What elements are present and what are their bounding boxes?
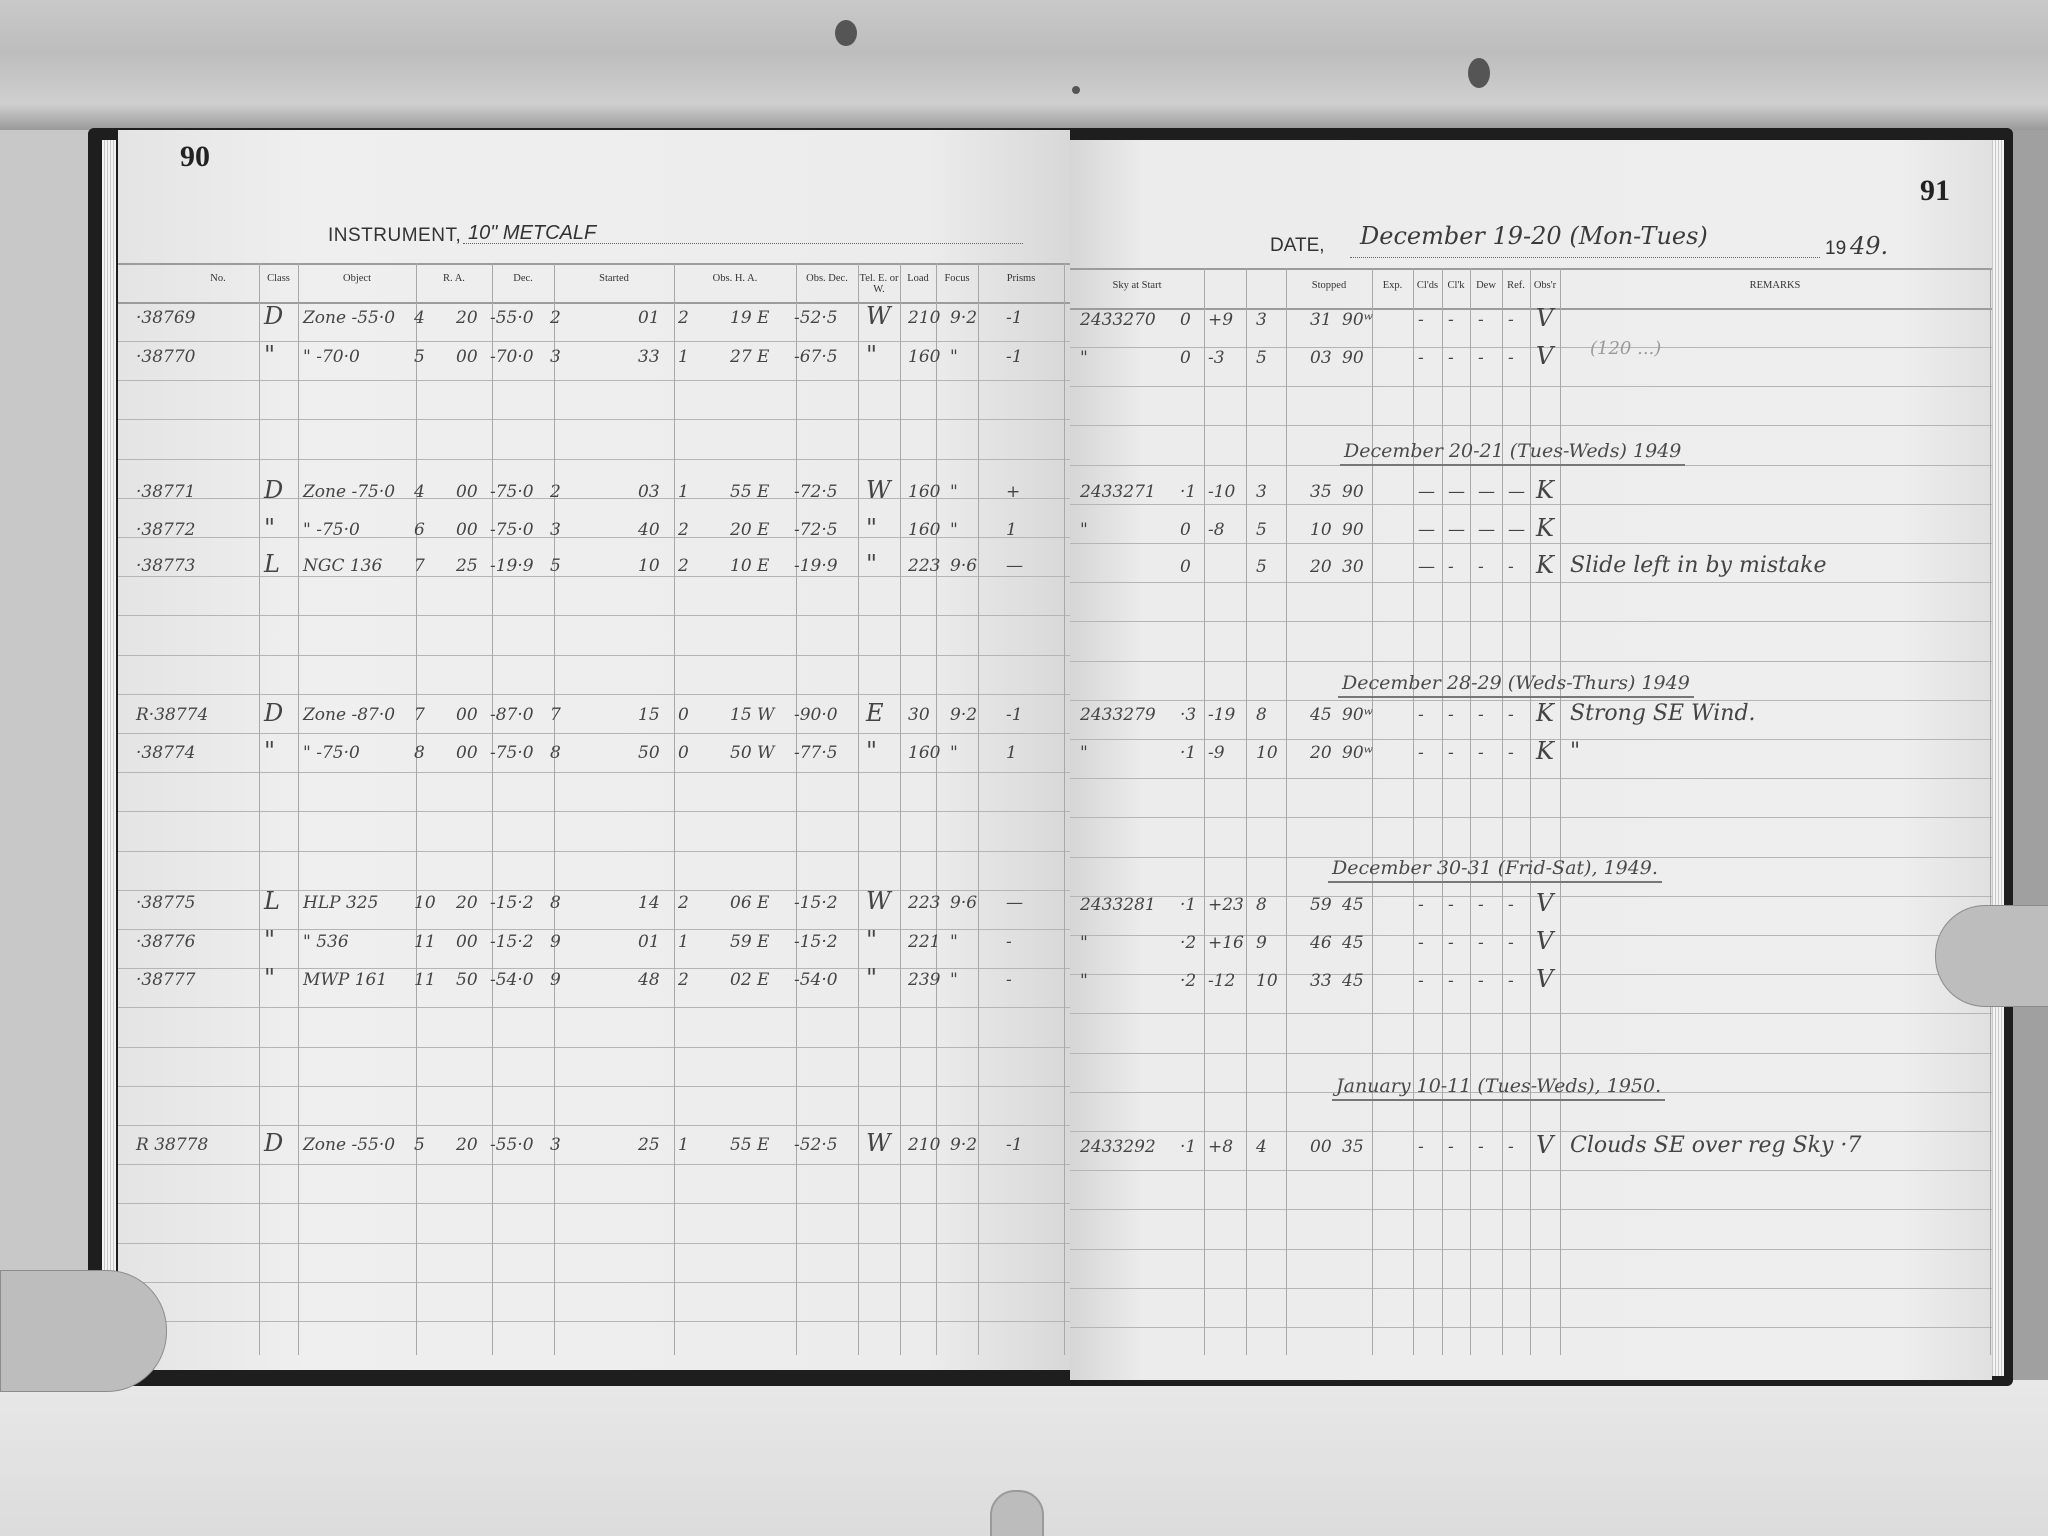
entry-number: R·38774 bbox=[136, 705, 208, 725]
right-thumb bbox=[1935, 905, 2048, 1007]
focus-cell: 9·2 bbox=[950, 1135, 977, 1155]
dec-cell: -15·2 bbox=[490, 893, 534, 913]
stopped-hour-cell: 3 bbox=[1256, 482, 1267, 502]
sky-b-cell: +9 bbox=[1208, 310, 1233, 330]
clip bbox=[990, 1490, 1044, 1536]
entry-number: ·38769 bbox=[136, 308, 195, 328]
sky-at-start-cell: " bbox=[1080, 971, 1088, 991]
ruled-line bbox=[1070, 1013, 1992, 1014]
column-header: Sky at Start bbox=[1070, 280, 1204, 291]
tel-cell: " bbox=[866, 550, 877, 578]
page-number: 91 bbox=[1920, 174, 1950, 208]
obs-ha-cell: 55 E bbox=[730, 1135, 769, 1155]
stopped-minute-cell: 59 bbox=[1310, 895, 1332, 915]
dew-cell: - bbox=[1478, 1137, 1484, 1157]
dew-cell: - bbox=[1478, 348, 1484, 368]
observer-cell: K bbox=[1536, 699, 1554, 727]
exposure-cell: 90 bbox=[1342, 348, 1364, 368]
clock-cell: - bbox=[1448, 705, 1454, 725]
sky-at-start-cell: " bbox=[1080, 743, 1088, 763]
instrument-value: 10" METCALF bbox=[468, 222, 596, 245]
left-page: 90 INSTRUMENT, 10" METCALF No.ClassObjec… bbox=[118, 130, 1070, 1370]
ra-hours-cell: 10 bbox=[414, 893, 436, 913]
obs-ha-cell: 20 E bbox=[730, 520, 769, 540]
date-heading: December 20-21 (Tues-Weds) 1949 bbox=[1340, 440, 1685, 466]
observer-cell: V bbox=[1536, 1131, 1553, 1159]
started-minute-cell: 01 bbox=[638, 308, 660, 328]
ruled-line bbox=[118, 1086, 1070, 1087]
ra-hours-cell: 5 bbox=[414, 347, 425, 367]
dec-cell: -75·0 bbox=[490, 482, 534, 502]
page-edge-right bbox=[1990, 140, 2004, 1376]
table-row: ·38773LNGC 136725-19·9510210 E-19·9"2239… bbox=[118, 554, 1070, 584]
started-hour-cell: 8 bbox=[550, 893, 561, 913]
sky-a-cell: ·1 bbox=[1180, 895, 1196, 915]
dew-cell: - bbox=[1478, 933, 1484, 953]
sky-a-cell: ·1 bbox=[1180, 743, 1196, 763]
obs-dec-cell: -19·9 bbox=[794, 556, 838, 576]
load-cell: 210 bbox=[908, 308, 940, 328]
started-minute-cell: 10 bbox=[638, 556, 660, 576]
started-hour-cell: 3 bbox=[550, 520, 561, 540]
clock-cell: - bbox=[1448, 743, 1454, 763]
observer-cell: K bbox=[1536, 551, 1554, 579]
ra-minutes-cell: 20 bbox=[456, 893, 478, 913]
sky-at-start-cell: 2433281 bbox=[1080, 895, 1156, 915]
object-cell: NGC 136 bbox=[303, 556, 382, 576]
class-cell: " bbox=[264, 514, 275, 542]
started-minute-cell: 25 bbox=[638, 1135, 660, 1155]
table-row: ·38771DZone -75·0400-75·0203155 E-72·5W1… bbox=[118, 480, 1070, 510]
load-cell: 210 bbox=[908, 1135, 940, 1155]
observer-cell: V bbox=[1536, 965, 1553, 993]
stopped-hour-cell: 10 bbox=[1256, 743, 1278, 763]
column-line bbox=[900, 263, 901, 1355]
sky-b-cell: +23 bbox=[1208, 895, 1244, 915]
entry-number: ·38773 bbox=[136, 556, 195, 576]
obs-dec-cell: -15·2 bbox=[794, 893, 838, 913]
focus-cell: 9·6 bbox=[950, 556, 977, 576]
sky-at-start-cell: " bbox=[1080, 933, 1088, 953]
obs-dec-cell: -77·5 bbox=[794, 743, 838, 763]
focus-cell: 9·6 bbox=[950, 893, 977, 913]
exposure-cell: 45 bbox=[1342, 933, 1364, 953]
ruled-line bbox=[1070, 661, 1992, 662]
clock-cell: - bbox=[1448, 348, 1454, 368]
prisms-cell: -1 bbox=[1006, 308, 1023, 328]
exposure-cell: 90ʷ bbox=[1342, 743, 1373, 763]
exposure-cell: 35 bbox=[1342, 1137, 1364, 1157]
obs-dec-cell: -72·5 bbox=[794, 520, 838, 540]
column-line bbox=[936, 263, 937, 1355]
ref-cell: - bbox=[1508, 348, 1514, 368]
header-rule bbox=[118, 302, 1070, 304]
clouds-cell: — bbox=[1418, 557, 1435, 577]
table-row: ·38770"" -70·0500-70·0333127 E-67·5"160"… bbox=[118, 345, 1070, 375]
tel-cell: W bbox=[866, 1129, 891, 1157]
focus-cell: " bbox=[950, 743, 958, 763]
column-header: Load bbox=[900, 273, 936, 284]
column-line bbox=[1990, 268, 1991, 1355]
sky-b-cell: -12 bbox=[1208, 971, 1235, 991]
ra-minutes-cell: 00 bbox=[456, 705, 478, 725]
tel-cell: " bbox=[866, 926, 877, 954]
remarks-cell: " bbox=[1570, 739, 1580, 764]
ra-hours-cell: 6 bbox=[414, 520, 425, 540]
ruled-line bbox=[118, 851, 1070, 852]
stopped-hour-cell: 10 bbox=[1256, 971, 1278, 991]
ruled-line bbox=[1070, 1131, 1992, 1132]
sky-b-cell: -9 bbox=[1208, 743, 1225, 763]
dec-cell: -87·0 bbox=[490, 705, 534, 725]
ra-hours-cell: 11 bbox=[414, 932, 436, 952]
column-line bbox=[858, 263, 859, 1355]
load-cell: 160 bbox=[908, 482, 940, 502]
object-cell: Zone -55·0 bbox=[303, 308, 395, 328]
ruled-line bbox=[118, 380, 1070, 381]
ruled-line bbox=[118, 655, 1070, 656]
started-hour-cell: 9 bbox=[550, 970, 561, 990]
ruled-line bbox=[118, 1125, 1070, 1126]
started-minute-cell: 03 bbox=[638, 482, 660, 502]
column-line bbox=[259, 263, 260, 1355]
obs-dec-cell: -52·5 bbox=[794, 308, 838, 328]
ruled-line bbox=[118, 615, 1070, 616]
tel-cell: " bbox=[866, 514, 877, 542]
column-line bbox=[492, 263, 493, 1355]
ruled-line bbox=[118, 733, 1070, 734]
ra-hours-cell: 4 bbox=[414, 308, 425, 328]
class-cell: " bbox=[264, 737, 275, 765]
obs-ha-cell: 50 W bbox=[730, 743, 775, 763]
table-row: 2433281·1+2385945----V bbox=[1070, 893, 1992, 923]
remarks-cell: Slide left in by mistake bbox=[1570, 553, 1826, 578]
dew-cell: - bbox=[1478, 971, 1484, 991]
ra-minutes-cell: 25 bbox=[456, 556, 478, 576]
date-heading: January 10-11 (Tues-Weds), 1950. bbox=[1332, 1075, 1665, 1101]
started-extra-cell: 0 bbox=[678, 743, 689, 763]
sky-a-cell: 0 bbox=[1180, 557, 1191, 577]
table-row: 2433292·1+840035----VClouds SE over reg … bbox=[1070, 1135, 1992, 1165]
clouds-cell: - bbox=[1418, 743, 1424, 763]
ref-cell: - bbox=[1508, 310, 1514, 330]
stopped-minute-cell: 33 bbox=[1310, 971, 1332, 991]
ruled-line bbox=[118, 1007, 1070, 1008]
class-cell: L bbox=[264, 550, 280, 578]
tel-cell: W bbox=[866, 887, 891, 915]
dew-cell: - bbox=[1478, 557, 1484, 577]
column-header: Dec. bbox=[492, 273, 554, 284]
table-row: "0-350390----V bbox=[1070, 346, 1992, 376]
started-minute-cell: 50 bbox=[638, 743, 660, 763]
column-line bbox=[554, 263, 555, 1355]
exposure-cell: 90 bbox=[1342, 520, 1364, 540]
dew-cell: - bbox=[1478, 895, 1484, 915]
exposure-cell: 30 bbox=[1342, 557, 1364, 577]
sky-a-cell: 0 bbox=[1180, 520, 1191, 540]
class-cell: D bbox=[264, 302, 283, 330]
started-extra-cell: 2 bbox=[678, 970, 689, 990]
instrument-label: INSTRUMENT, bbox=[328, 225, 461, 247]
started-hour-cell: 3 bbox=[550, 1135, 561, 1155]
column-line bbox=[1286, 268, 1287, 1355]
column-line bbox=[1560, 268, 1561, 1355]
stopped-hour-cell: 8 bbox=[1256, 705, 1267, 725]
started-minute-cell: 48 bbox=[638, 970, 660, 990]
object-cell: Zone -87·0 bbox=[303, 705, 395, 725]
sky-a-cell: ·3 bbox=[1180, 705, 1196, 725]
started-extra-cell: 2 bbox=[678, 556, 689, 576]
wood-knot bbox=[1468, 58, 1490, 88]
stopped-minute-cell: 46 bbox=[1310, 933, 1332, 953]
clouds-cell: - bbox=[1418, 971, 1424, 991]
load-cell: 221 bbox=[908, 932, 940, 952]
obs-dec-cell: -72·5 bbox=[794, 482, 838, 502]
ra-minutes-cell: 00 bbox=[456, 932, 478, 952]
started-hour-cell: 8 bbox=[550, 743, 561, 763]
class-cell: D bbox=[264, 699, 283, 727]
load-cell: 160 bbox=[908, 743, 940, 763]
ra-hours-cell: 7 bbox=[414, 705, 425, 725]
class-cell: L bbox=[264, 887, 280, 915]
obs-dec-cell: -52·5 bbox=[794, 1135, 838, 1155]
table-row: R 38778DZone -55·0520-55·0325155 E-52·5W… bbox=[118, 1133, 1070, 1163]
dew-cell: - bbox=[1478, 743, 1484, 763]
table-row: R·38774DZone -87·0700-87·0715015 W-90·0E… bbox=[118, 703, 1070, 733]
date-label: DATE, bbox=[1270, 235, 1325, 257]
column-header: REMARKS bbox=[1560, 280, 1990, 291]
column-header: Class bbox=[259, 273, 298, 284]
ruled-line bbox=[118, 694, 1070, 695]
entry-number: ·38777 bbox=[136, 970, 195, 990]
clouds-cell: - bbox=[1418, 705, 1424, 725]
ra-hours-cell: 7 bbox=[414, 556, 425, 576]
prisms-cell: 1 bbox=[1006, 743, 1017, 763]
remarks-cell: Clouds SE over reg Sky ·7 bbox=[1570, 1133, 1861, 1158]
sky-a-cell: ·2 bbox=[1180, 971, 1196, 991]
sky-a-cell: ·1 bbox=[1180, 482, 1196, 502]
object-cell: " -75·0 bbox=[303, 743, 360, 763]
background-wall bbox=[0, 130, 95, 1380]
ruled-line bbox=[118, 1164, 1070, 1165]
entry-number: ·38775 bbox=[136, 893, 195, 913]
clock-cell: - bbox=[1448, 1137, 1454, 1157]
obs-ha-cell: 27 E bbox=[730, 347, 769, 367]
entry-number: ·38774 bbox=[136, 743, 195, 763]
focus-cell: " bbox=[950, 520, 958, 540]
ruled-line bbox=[118, 1321, 1070, 1322]
ra-minutes-cell: 00 bbox=[456, 520, 478, 540]
column-line bbox=[1246, 268, 1247, 1355]
started-hour-cell: 7 bbox=[550, 705, 561, 725]
ref-cell: — bbox=[1508, 482, 1525, 502]
sky-b-cell: -10 bbox=[1208, 482, 1235, 502]
sky-b-cell: -19 bbox=[1208, 705, 1235, 725]
clock-cell: — bbox=[1448, 482, 1465, 502]
sky-a-cell: 0 bbox=[1180, 348, 1191, 368]
ref-cell: - bbox=[1508, 971, 1514, 991]
dew-cell: - bbox=[1478, 310, 1484, 330]
ra-hours-cell: 4 bbox=[414, 482, 425, 502]
observer-cell: V bbox=[1536, 889, 1553, 917]
sky-a-cell: ·2 bbox=[1180, 933, 1196, 953]
sky-b-cell: +8 bbox=[1208, 1137, 1233, 1157]
clock-cell: - bbox=[1448, 971, 1454, 991]
entry-number: ·38776 bbox=[136, 932, 195, 952]
entry-number: ·38770 bbox=[136, 347, 195, 367]
column-line bbox=[978, 263, 979, 1355]
ruled-line bbox=[1070, 1053, 1992, 1054]
ref-cell: — bbox=[1508, 520, 1525, 540]
load-cell: 239 bbox=[908, 970, 940, 990]
right-page: 91 DATE, December 19-20 (Mon-Tues) 19 49… bbox=[1070, 140, 1992, 1380]
dec-cell: -55·0 bbox=[490, 1135, 534, 1155]
column-line bbox=[1470, 268, 1471, 1355]
ref-cell: - bbox=[1508, 895, 1514, 915]
sky-b-cell: +16 bbox=[1208, 933, 1244, 953]
obs-ha-cell: 10 E bbox=[730, 556, 769, 576]
year-prefix: 19 bbox=[1825, 238, 1846, 260]
obs-dec-cell: -15·2 bbox=[794, 932, 838, 952]
class-cell: " bbox=[264, 964, 275, 992]
tel-cell: " bbox=[866, 737, 877, 765]
exposure-cell: 90 bbox=[1342, 482, 1364, 502]
object-cell: " -75·0 bbox=[303, 520, 360, 540]
sky-at-start-cell: 2433271 bbox=[1080, 482, 1156, 502]
prisms-cell: -1 bbox=[1006, 347, 1023, 367]
table-row: ·38775LHLP 3251020-15·2814206 E-15·2W223… bbox=[118, 891, 1070, 921]
column-line bbox=[1530, 268, 1531, 1355]
ruled-line bbox=[1070, 700, 1992, 701]
class-cell: D bbox=[264, 1129, 283, 1157]
header-rule bbox=[118, 263, 1070, 265]
clock-cell: - bbox=[1448, 310, 1454, 330]
obs-dec-cell: -90·0 bbox=[794, 705, 838, 725]
ruled-line bbox=[118, 1282, 1070, 1283]
obs-ha-cell: 02 E bbox=[730, 970, 769, 990]
stopped-minute-cell: 35 bbox=[1310, 482, 1332, 502]
remarks-cell: Strong SE Wind. bbox=[1570, 701, 1756, 726]
ref-cell: - bbox=[1508, 557, 1514, 577]
wooden-board bbox=[0, 0, 2048, 130]
sky-at-start-cell: 2433279 bbox=[1080, 705, 1156, 725]
started-minute-cell: 33 bbox=[638, 347, 660, 367]
observer-cell: K bbox=[1536, 514, 1554, 542]
focus-cell: 9·2 bbox=[950, 308, 977, 328]
focus-cell: " bbox=[950, 482, 958, 502]
load-cell: 160 bbox=[908, 520, 940, 540]
load-cell: 223 bbox=[908, 556, 940, 576]
column-header: Cl'k bbox=[1442, 280, 1470, 291]
table-row: 24332700+933190ʷ----V(120 ...) bbox=[1070, 308, 1992, 338]
clouds-cell: - bbox=[1418, 310, 1424, 330]
object-cell: Zone -75·0 bbox=[303, 482, 395, 502]
started-extra-cell: 1 bbox=[678, 932, 689, 952]
started-hour-cell: 2 bbox=[550, 308, 561, 328]
observer-cell: V bbox=[1536, 927, 1553, 955]
observer-cell: K bbox=[1536, 476, 1554, 504]
stopped-minute-cell: 00 bbox=[1310, 1137, 1332, 1157]
ruled-line bbox=[118, 341, 1070, 342]
stopped-minute-cell: 03 bbox=[1310, 348, 1332, 368]
ruled-line bbox=[118, 1243, 1070, 1244]
year-suffix: 49. bbox=[1850, 232, 1888, 260]
table-row: 052030—---KSlide left in by mistake bbox=[1070, 555, 1992, 585]
object-cell: " -70·0 bbox=[303, 347, 360, 367]
started-minute-cell: 15 bbox=[638, 705, 660, 725]
column-header: Ref. bbox=[1502, 280, 1530, 291]
dec-cell: -70·0 bbox=[490, 347, 534, 367]
ra-minutes-cell: 00 bbox=[456, 743, 478, 763]
ruled-line bbox=[1070, 1249, 1992, 1250]
dew-cell: — bbox=[1478, 482, 1495, 502]
dew-cell: - bbox=[1478, 705, 1484, 725]
stopped-hour-cell: 5 bbox=[1256, 557, 1267, 577]
obs-dec-cell: -54·0 bbox=[794, 970, 838, 990]
sky-at-start-cell: 2433292 bbox=[1080, 1137, 1156, 1157]
date-dotted-line bbox=[1350, 257, 1820, 258]
column-line bbox=[416, 263, 417, 1355]
class-cell: " bbox=[264, 926, 275, 954]
clouds-cell: - bbox=[1418, 895, 1424, 915]
class-cell: D bbox=[264, 476, 283, 504]
column-header: Obs'r bbox=[1530, 280, 1560, 291]
started-hour-cell: 5 bbox=[550, 556, 561, 576]
stopped-minute-cell: 45 bbox=[1310, 705, 1332, 725]
dew-cell: — bbox=[1478, 520, 1495, 540]
stopped-hour-cell: 5 bbox=[1256, 520, 1267, 540]
column-header: Exp. bbox=[1372, 280, 1413, 291]
table-row: "·2+1694645----V bbox=[1070, 931, 1992, 961]
started-extra-cell: 2 bbox=[678, 520, 689, 540]
ra-minutes-cell: 20 bbox=[456, 1135, 478, 1155]
clouds-cell: - bbox=[1418, 1137, 1424, 1157]
clock-cell: - bbox=[1448, 557, 1454, 577]
ruled-line bbox=[1070, 386, 1992, 387]
exposure-cell: 45 bbox=[1342, 971, 1364, 991]
table-row: 2433279·3-1984590ʷ----KStrong SE Wind. bbox=[1070, 703, 1992, 733]
table-row: "·2-12103345----V bbox=[1070, 969, 1992, 999]
dec-cell: -75·0 bbox=[490, 520, 534, 540]
object-cell: HLP 325 bbox=[303, 893, 378, 913]
ruled-line bbox=[1070, 1327, 1992, 1328]
focus-cell: " bbox=[950, 970, 958, 990]
prisms-cell: -1 bbox=[1006, 1135, 1023, 1155]
entry-number: R 38778 bbox=[136, 1135, 208, 1155]
ref-cell: - bbox=[1508, 1137, 1514, 1157]
column-header: Tel. E. or W. bbox=[858, 273, 900, 295]
table-row: ·38774"" -75·0800-75·0850050 W-77·5"160"… bbox=[118, 741, 1070, 771]
column-header: Prisms bbox=[978, 273, 1064, 284]
ruled-line bbox=[118, 419, 1070, 420]
ref-cell: - bbox=[1508, 743, 1514, 763]
date-heading: December 30-31 (Frid-Sat), 1949. bbox=[1328, 857, 1662, 883]
column-line bbox=[1442, 268, 1443, 1355]
date-heading: December 28-29 (Weds-Thurs) 1949 bbox=[1338, 672, 1694, 698]
wood-knot bbox=[1072, 86, 1080, 94]
started-hour-cell: 2 bbox=[550, 482, 561, 502]
dec-cell: -75·0 bbox=[490, 743, 534, 763]
ruled-line bbox=[1070, 778, 1992, 779]
started-extra-cell: 0 bbox=[678, 705, 689, 725]
sky-a-cell: ·1 bbox=[1180, 1137, 1196, 1157]
clouds-cell: - bbox=[1418, 933, 1424, 953]
column-header: No. bbox=[188, 273, 248, 284]
exposure-cell: 45 bbox=[1342, 895, 1364, 915]
ruled-line bbox=[118, 772, 1070, 773]
prisms-cell: — bbox=[1006, 893, 1023, 913]
entry-number: ·38772 bbox=[136, 520, 195, 540]
